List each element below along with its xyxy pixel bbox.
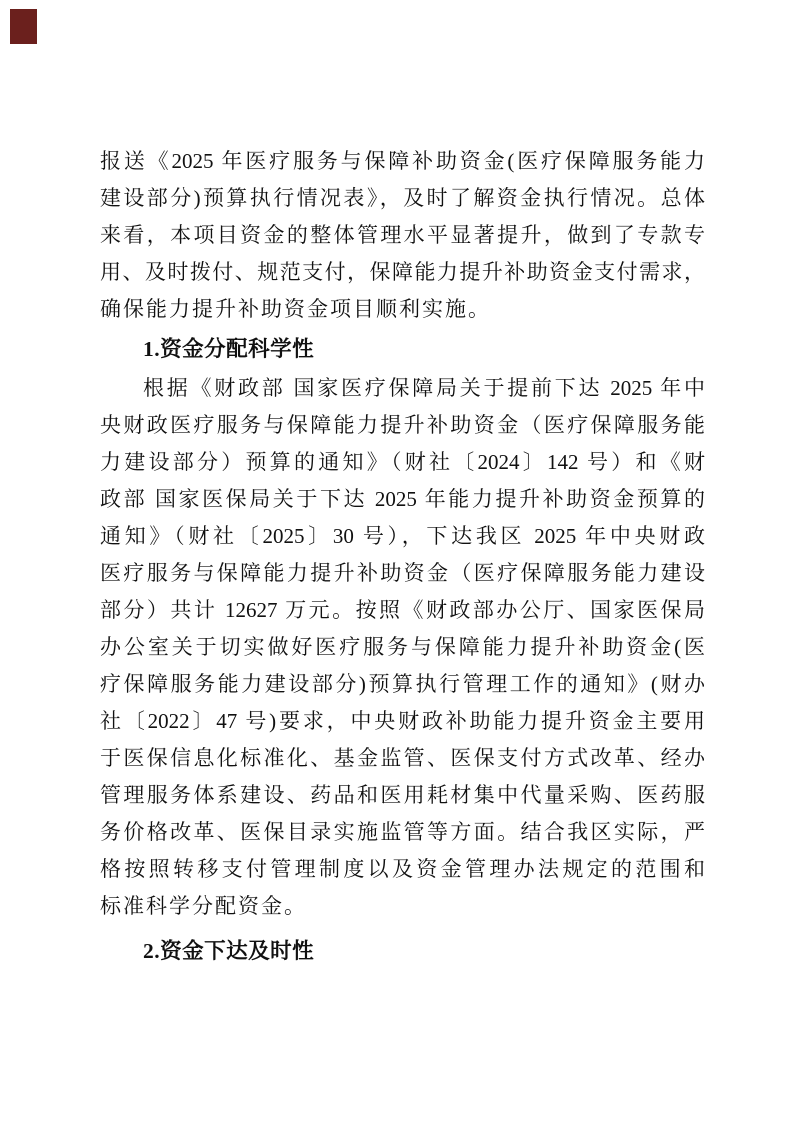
text-line: 务价格改革、医保目录实施监管等方面。结合我区实际，严 <box>100 814 705 851</box>
corner-stamp <box>10 9 37 44</box>
text-line: 社〔2022〕47 号)要求，中央财政补助能力提升资金主要用 <box>100 703 705 740</box>
text-line: 根据《财政部 国家医疗保障局关于提前下达 2025 年中 <box>100 370 705 407</box>
text-line: 于医保信息化标准化、基金监管、医保支付方式改革、经办 <box>100 740 705 777</box>
text-line: 办公室关于切实做好医疗服务与保障能力提升补助资金(医 <box>100 629 705 666</box>
text-line: 用、及时拨付、规范支付，保障能力提升补助资金支付需求， <box>100 254 705 291</box>
text-line: 来看，本项目资金的整体管理水平显著提升，做到了专款专 <box>100 217 705 254</box>
section-heading-2: 2.资金下达及时性 <box>100 933 705 970</box>
text-line: 疗保障服务能力建设部分)预算执行管理工作的通知》(财办 <box>100 666 705 703</box>
text-line: 管理服务体系建设、药品和医用耗材集中代量采购、医药服 <box>100 777 705 814</box>
text-line: 格按照转移支付管理制度以及资金管理办法规定的范围和 <box>100 851 705 888</box>
text-line: 通知》（财社〔2025〕30 号），下达我区 2025 年中央财政 <box>100 518 705 555</box>
text-line: 部分）共计 12627 万元。按照《财政部办公厅、国家医保局 <box>100 592 705 629</box>
text-line: 确保能力提升补助资金项目顺利实施。 <box>100 291 705 328</box>
text-line: 央财政医疗服务与保障能力提升补助资金（医疗保障服务能 <box>100 407 705 444</box>
section-heading-1: 1.资金分配科学性 <box>100 331 705 368</box>
text-line: 力建设部分）预算的通知》（财社〔2024〕142 号）和《财 <box>100 444 705 481</box>
text-line: 报送《2025 年医疗服务与保障补助资金(医疗保障服务能力 <box>100 143 705 180</box>
document-content: 报送《2025 年医疗服务与保障补助资金(医疗保障服务能力 建设部分)预算执行情… <box>100 143 705 970</box>
text-line: 政部 国家医保局关于下达 2025 年能力提升补助资金预算的 <box>100 481 705 518</box>
text-line: 建设部分)预算执行情况表》，及时了解资金执行情况。总体 <box>100 180 705 217</box>
text-line: 标准科学分配资金。 <box>100 888 705 925</box>
text-line: 医疗服务与保障能力提升补助资金（医疗保障服务能力建设 <box>100 555 705 592</box>
document-page: 报送《2025 年医疗服务与保障补助资金(医疗保障服务能力 建设部分)预算执行情… <box>0 0 793 1122</box>
